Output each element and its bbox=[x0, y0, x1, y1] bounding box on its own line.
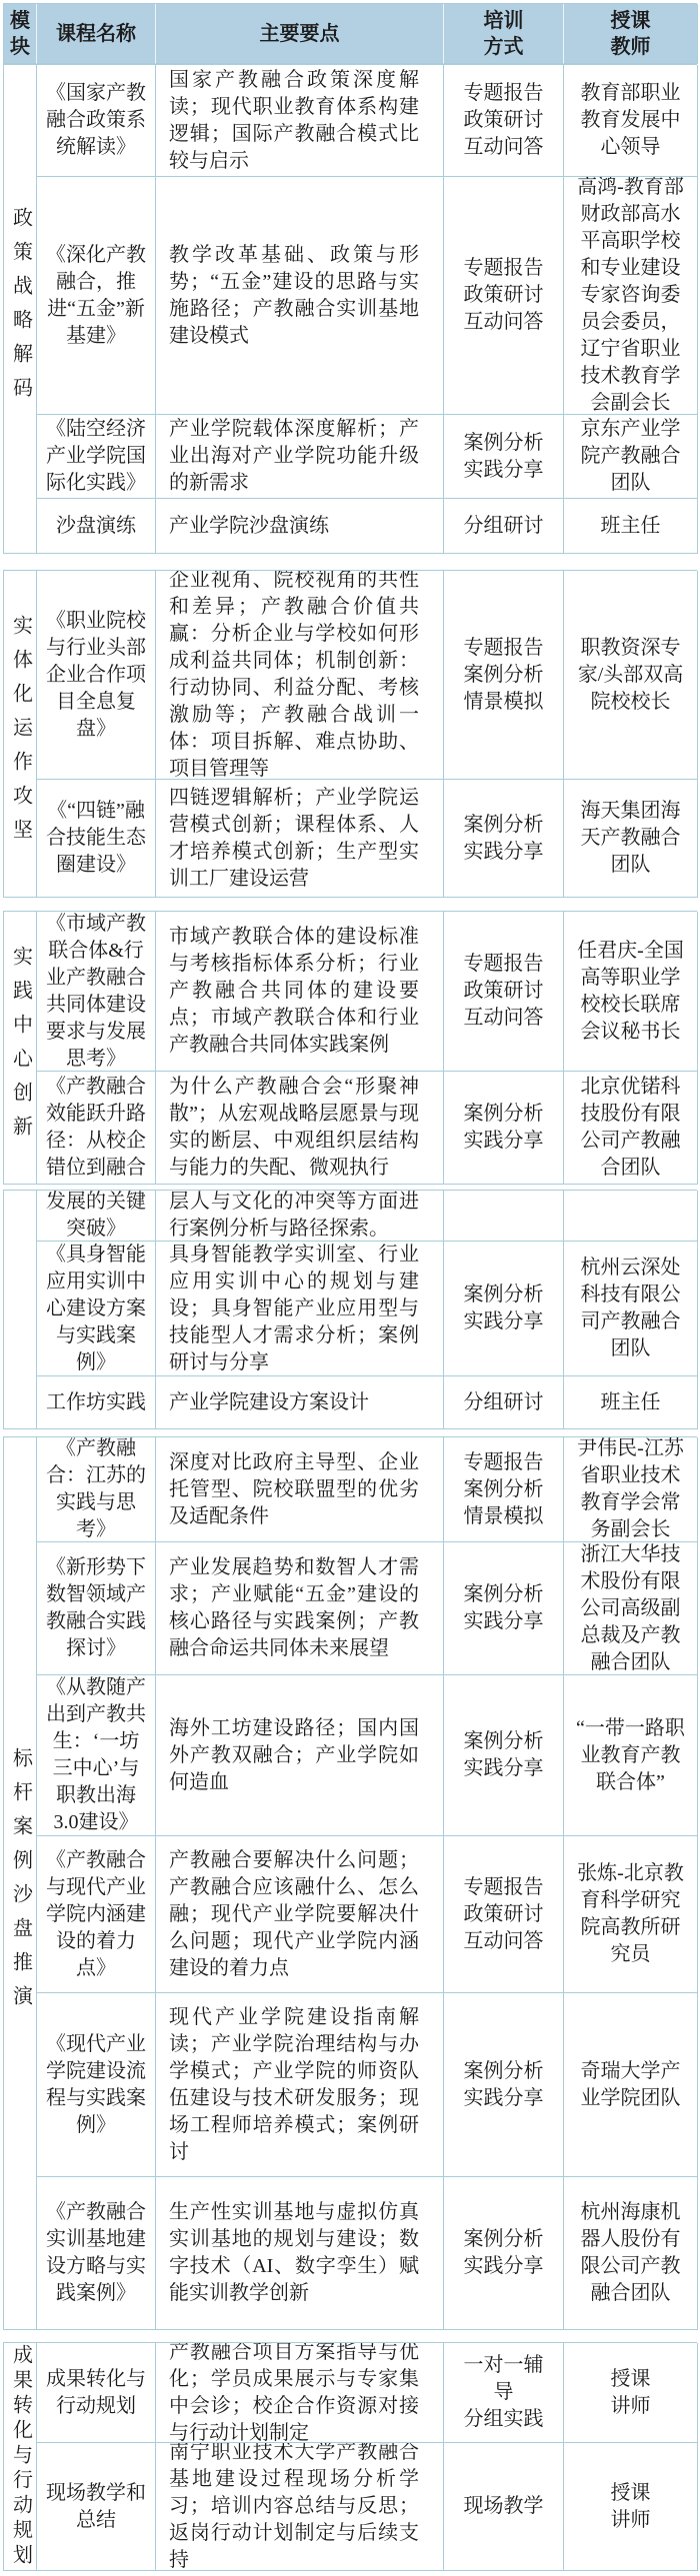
points-cell: 海外工坊建设路径；国内国外产教双融合；产业学院如何造血 bbox=[156, 1675, 444, 1836]
course-cell: 《深化产教融合，推进“五金”新基建》 bbox=[37, 177, 156, 415]
course-cell: 沙盘演练 bbox=[37, 499, 156, 554]
course-cell: 《职业院校与行业头部企业合作项目全息复盘》 bbox=[37, 571, 156, 780]
teacher-cell: 尹伟民-江苏省职业技术教育学会常务副会长 bbox=[564, 1437, 698, 1542]
section-practice-center: 实践中心创新 《市域产教联合体&行业产教融合共同体建设要求与发展思考》 市域产教… bbox=[3, 911, 697, 1185]
points-text: 四链逻辑解析；产业学院运营模式创新；课程体系、人才培养模式创新；生产型实训工厂建… bbox=[169, 785, 419, 893]
method-cell: 案例分析 实践分享 bbox=[444, 1542, 564, 1675]
method-cell: 专题报告案例分析 情景模拟 bbox=[444, 571, 564, 780]
points-text: 产教融合要解决什么问题；产教融合应该融什么、怎么融；现代产业学院要解决什么问题；… bbox=[169, 1847, 419, 1982]
points-cell: 产业发展趋势和数智人才需求；产业赋能“五金”建设的核心路径与实践案例；产教融合命… bbox=[156, 1542, 444, 1675]
course-cell: 《“四链”融合技能生态圈建设》 bbox=[37, 780, 156, 898]
module-label: 实践中心创新 bbox=[7, 946, 34, 1150]
section-operation: 实体化运作攻坚 《职业院校与行业头部企业合作项目全息复盘》 企业视角、院校视角的… bbox=[3, 570, 697, 898]
points-text: 产业发展趋势和数智人才需求；产业赋能“五金”建设的核心路径与实践案例；产教融合命… bbox=[169, 1554, 419, 1662]
teacher-cell: 教育部职业教育发展中心领导 bbox=[564, 65, 698, 177]
method-cell: 现场教学 bbox=[444, 2443, 564, 2571]
header-cell-points: 主要要点 bbox=[156, 4, 444, 64]
module-label-cell: 政策战略解码 bbox=[4, 65, 37, 554]
points-cell: 深度对比政府主导型、企业托管型、院校联盟型的优劣及适配条件 bbox=[156, 1437, 444, 1542]
points-text: 具身智能教学实训室、行业应用实训中心的规划与建设；具身智能产业应用型与技能型人才… bbox=[169, 1242, 419, 1376]
method-cell: 专题报告案例分析 情景模拟 bbox=[444, 1437, 564, 1542]
module-label-cell: 实践中心创新 bbox=[4, 912, 37, 1185]
teacher-cell: 授课 讲师 bbox=[564, 2443, 698, 2571]
method-cell: 专题报告 政策研讨 互动问答 bbox=[444, 1836, 564, 1993]
points-cell: 南宁职业技术大学产教融合基地建设过程现场分析学习；培训内容总结与反思；返岗行动计… bbox=[156, 2443, 444, 2571]
table-header: 模 块 课程名称 主要要点 培训 方式 授课 教师 bbox=[3, 3, 697, 64]
points-cell: 具身智能教学实训室、行业应用实训中心的规划与建设；具身智能产业应用型与技能型人才… bbox=[156, 1242, 444, 1376]
points-text: 海外工坊建设路径；国内国外产教双融合；产业学院如何造血 bbox=[169, 1715, 419, 1796]
method-cell: 一对一辅导 分组实践 bbox=[444, 2343, 564, 2443]
points-text: 生产性实训基地与虚拟仿真实训基地的规划与建设；数字技术（AI、数字孪生）赋能实训… bbox=[169, 2199, 419, 2307]
course-cell: 《国家产教融合政策系统解读》 bbox=[37, 65, 156, 177]
points-text: 市域产教联合体的建设标准与考核指标体系分析；行业产教融合共同体的建设要点；市域产… bbox=[169, 924, 419, 1059]
points-cell: 产教融合要解决什么问题；产教融合应该融什么、怎么融；现代产业学院要解决什么问题；… bbox=[156, 1836, 444, 1993]
header-cell-course: 课程名称 bbox=[37, 4, 156, 64]
course-cell: 《产教融合实训基地建设方略与实践案例》 bbox=[37, 2177, 156, 2330]
method-cell: 案例分析 实践分享 bbox=[444, 1675, 564, 1836]
points-text: 企业视角、院校视角的共性和差异；产教融合价值共赢：分析企业与学校如何形成利益共同… bbox=[169, 571, 419, 780]
points-cell: 层人与文化的冲突等方面进行案例分析与路径探索。 bbox=[156, 1191, 444, 1242]
method-cell: 专题报告 政策研讨 互动问答 bbox=[444, 177, 564, 415]
points-cell: 国家产教融合政策深度解读；现代职业教育体系构建逻辑；国际产教融合模式比较与启示 bbox=[156, 65, 444, 177]
points-text: 南宁职业技术大学产教融合基地建设过程现场分析学习；培训内容总结与反思；返岗行动计… bbox=[169, 2443, 419, 2571]
method-cell: 案例分析 实践分享 bbox=[444, 2177, 564, 2330]
header-cell-teacher: 授课 教师 bbox=[564, 4, 698, 64]
method-cell: 案例分析 实践分享 bbox=[444, 1072, 564, 1185]
course-cell: 发展的关键突破》 bbox=[37, 1191, 156, 1242]
points-cell: 产业学院沙盘演练 bbox=[156, 499, 444, 554]
header-cell-method: 培训 方式 bbox=[444, 4, 564, 64]
points-cell: 企业视角、院校视角的共性和差异；产教融合价值共赢：分析企业与学校如何形成利益共同… bbox=[156, 571, 444, 780]
teacher-cell: 班主任 bbox=[564, 1376, 698, 1429]
header-cell-module: 模 块 bbox=[4, 4, 37, 64]
teacher-cell: 杭州海康机器人股份有限公司产教融合团队 bbox=[564, 2177, 698, 2330]
points-text: 层人与文化的冲突等方面进行案例分析与路径探索。 bbox=[169, 1191, 419, 1242]
teacher-cell: 班主任 bbox=[564, 499, 698, 554]
teacher-cell: “一带一路职业教育产教联合体” bbox=[564, 1675, 698, 1836]
teacher-cell: 京东产业学院产教融合团队 bbox=[564, 415, 698, 499]
curriculum-table-page: 模 块 课程名称 主要要点 培训 方式 授课 教师 政策战略解码 《国家产教融合… bbox=[0, 0, 700, 2576]
module-label: 成果转化与行动规划 bbox=[7, 2344, 34, 2569]
course-cell: 《产教融合与现代产业学院内涵建设的着力点》 bbox=[37, 1836, 156, 1993]
points-text: 教学改革基础、政策与形势；“五金”建设的思路与实施路径；产教融合实训基地建设模式 bbox=[169, 242, 419, 350]
points-cell: 市域产教联合体的建设标准与考核指标体系分析；行业产教融合共同体的建设要点；市域产… bbox=[156, 912, 444, 1072]
points-cell: 产业学院建设方案设计 bbox=[156, 1376, 444, 1429]
teacher-cell: 奇瑞大学产业学院团队 bbox=[564, 1993, 698, 2177]
section-practice-center-continued: 发展的关键突破》 层人与文化的冲突等方面进行案例分析与路径探索。 《具身智能应用… bbox=[3, 1190, 697, 1429]
course-cell: 成果转化与行动规划 bbox=[37, 2343, 156, 2443]
teacher-cell: 张炼-北京教育科学研究院高教所研究员 bbox=[564, 1836, 698, 1993]
points-text: 深度对比政府主导型、企业托管型、院校联盟型的优劣及适配条件 bbox=[169, 1449, 419, 1530]
points-cell: 教学改革基础、政策与形势；“五金”建设的思路与实施路径；产教融合实训基地建设模式 bbox=[156, 177, 444, 415]
points-text: 现代产业学院建设指南解读；产业学院治理结构与办学模式；产业学院的师资队伍建设与技… bbox=[169, 2004, 419, 2166]
course-cell: 《陆空经济产业学院国际化实践》 bbox=[37, 415, 156, 499]
course-cell: 工作坊实践 bbox=[37, 1376, 156, 1429]
module-label: 实体化运作攻坚 bbox=[7, 615, 34, 853]
course-cell: 《产教融合：江苏的实践与思考》 bbox=[37, 1437, 156, 1542]
points-text: 产业学院建设方案设计 bbox=[169, 1389, 419, 1416]
points-text: 产业学院载体深度解析；产业出海对产业学院功能升级的新需求 bbox=[169, 416, 419, 497]
module-label-cell: 实体化运作攻坚 bbox=[4, 571, 37, 898]
section-policy-strategy: 政策战略解码 《国家产教融合政策系统解读》 国家产教融合政策深度解读；现代职业教… bbox=[3, 64, 697, 554]
method-cell: 分组研讨 bbox=[444, 1376, 564, 1429]
teacher-cell-empty bbox=[564, 1191, 698, 1242]
teacher-cell: 任君庆-全国高等职业学校校长联席会议秘书长 bbox=[564, 912, 698, 1072]
method-cell: 专题报告 政策研讨 互动问答 bbox=[444, 65, 564, 177]
section-benchmark-cases: 标杆案例沙盘推演 《产教融合：江苏的实践与思考》 深度对比政府主导型、企业托管型… bbox=[3, 1436, 697, 2330]
teacher-cell: 职教资深专家/头部双高院校校长 bbox=[564, 571, 698, 780]
points-text: 国家产教融合政策深度解读；现代职业教育体系构建逻辑；国际产教融合模式比较与启示 bbox=[169, 67, 419, 175]
points-cell: 四链逻辑解析；产业学院运营模式创新；课程体系、人才培养模式创新；生产型实训工厂建… bbox=[156, 780, 444, 898]
module-label-cell: 成果转化与行动规划 bbox=[4, 2343, 37, 2571]
points-text: 为什么产教融合会“形聚神散”；从宏观战略层愿景与现实的断层、中观组织层结构与能力… bbox=[169, 1074, 419, 1182]
teacher-cell: 海天集团海天产教融合团队 bbox=[564, 780, 698, 898]
course-cell: 《从教随产出到产教共生：‘一坊三中心’与职教出海3.0建设》 bbox=[37, 1675, 156, 1836]
module-label-cell-empty bbox=[4, 1191, 37, 1429]
course-cell: 《具身智能应用实训中心建设方案与实践案例》 bbox=[37, 1242, 156, 1376]
method-cell: 专题报告 政策研讨 互动问答 bbox=[444, 912, 564, 1072]
points-cell: 产教融合项目方案指导与优化；学员成果展示与专家集中会诊；校企合作资源对接与行动计… bbox=[156, 2343, 444, 2443]
teacher-cell: 浙江大华技术股份有限公司高级副总裁及产教融合团队 bbox=[564, 1542, 698, 1675]
points-cell: 产业学院载体深度解析；产业出海对产业学院功能升级的新需求 bbox=[156, 415, 444, 499]
module-label-cell: 标杆案例沙盘推演 bbox=[4, 1437, 37, 2330]
course-cell: 《新形势下数智领域产教融合实践探讨》 bbox=[37, 1542, 156, 1675]
teacher-cell: 北京优锘科技股份有限公司产教融合团队 bbox=[564, 1072, 698, 1185]
teacher-cell: 高鸿-教育部财政部高水平高职学校和专业建设专家咨询委员会委员，辽宁省职业技术教育… bbox=[564, 177, 698, 415]
method-cell: 案例分析 实践分享 bbox=[444, 1242, 564, 1376]
course-cell: 《市域产教联合体&行业产教融合共同体建设要求与发展思考》 bbox=[37, 912, 156, 1072]
points-cell: 为什么产教融合会“形聚神散”；从宏观战略层愿景与现实的断层、中观组织层结构与能力… bbox=[156, 1072, 444, 1185]
course-cell: 《现代产业学院建设流程与实践案例》 bbox=[37, 1993, 156, 2177]
course-cell: 现场教学和总结 bbox=[37, 2443, 156, 2571]
teacher-cell: 授课 讲师 bbox=[564, 2343, 698, 2443]
course-cell: 《产教融合效能跃升路径：从校企错位到融合 bbox=[37, 1072, 156, 1185]
section-results-planning: 成果转化与行动规划 成果转化与行动规划 产教融合项目方案指导与优化；学员成果展示… bbox=[3, 2342, 697, 2571]
teacher-cell: 杭州云深处科技有限公司产教融合团队 bbox=[564, 1242, 698, 1376]
method-cell: 案例分析 实践分享 bbox=[444, 780, 564, 898]
method-cell: 案例分析 实践分享 bbox=[444, 415, 564, 499]
points-text: 产业学院沙盘演练 bbox=[169, 513, 419, 540]
points-cell: 生产性实训基地与虚拟仿真实训基地的规划与建设；数字技术（AI、数字孪生）赋能实训… bbox=[156, 2177, 444, 2330]
points-cell: 现代产业学院建设指南解读；产业学院治理结构与办学模式；产业学院的师资队伍建设与技… bbox=[156, 1993, 444, 2177]
module-label: 标杆案例沙盘推演 bbox=[7, 1747, 34, 2019]
module-label: 政策战略解码 bbox=[7, 207, 34, 411]
method-cell: 分组研讨 bbox=[444, 499, 564, 554]
method-cell-empty bbox=[444, 1191, 564, 1242]
points-text: 产教融合项目方案指导与优化；学员成果展示与专家集中会诊；校企合作资源对接与行动计… bbox=[169, 2343, 419, 2443]
method-cell: 案例分析 实践分享 bbox=[444, 1993, 564, 2177]
